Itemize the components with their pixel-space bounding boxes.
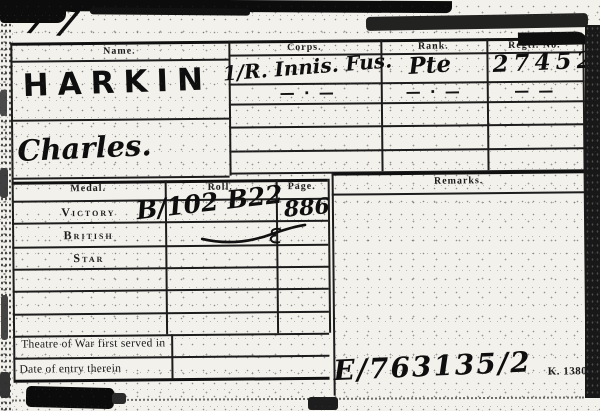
grid-line: [13, 311, 329, 316]
remarks-header: Remarks.: [332, 174, 586, 187]
forename-value: Charles.: [17, 131, 152, 166]
date-of-entry-label: Date of entry therein: [19, 363, 121, 376]
name-column-header: Name.: [10, 45, 228, 58]
page-value: 886: [283, 195, 331, 221]
corps-ditto-mark: — · —: [241, 83, 375, 102]
regtl-no-ditto-mark: — —: [491, 81, 579, 100]
grid-line: [229, 147, 585, 152]
card-body: Name. Corps. Rank. Regtl. No. HARKIN Cha…: [10, 37, 587, 398]
scan-artifact-blob: [1, 295, 8, 340]
ditto-swoosh-mark: [198, 218, 310, 247]
grid-line: [171, 334, 173, 379]
medal-index-card-scan: Name. Corps. Rank. Regtl. No. HARKIN Cha…: [0, 0, 600, 411]
reference-number: E/763135/2: [333, 348, 532, 385]
rank-ditto-mark: — · —: [387, 82, 481, 101]
grid-line: [13, 288, 329, 293]
medal-row-star: Star: [12, 250, 165, 266]
rank-column-header: Rank.: [380, 40, 486, 52]
grid-line: [229, 123, 585, 128]
scan-artifact-blob: [0, 90, 7, 116]
scan-artifact-smudge: [366, 13, 588, 31]
medal-column-header: Medal.: [12, 182, 165, 194]
scan-artifact-left-edge: [0, 22, 13, 411]
scan-artifact-right-edge: [585, 25, 600, 398]
grid-line: [486, 38, 489, 170]
regtl-no-value: 27452: [492, 48, 598, 76]
scan-artifact-bottom-blob: [112, 393, 126, 404]
grid-line: [332, 191, 586, 195]
scan-artifact-top-band: [0, 0, 66, 23]
scan-artifact-bottom-blob: [26, 386, 115, 409]
rank-value: Pte: [408, 52, 452, 78]
scan-artifact-blob: [0, 168, 8, 198]
scan-artifact-blob: [0, 372, 10, 398]
theatre-of-war-label: Theatre of War first served in: [21, 337, 165, 350]
grid-line: [11, 118, 229, 122]
scan-artifact-top-band: [90, 7, 250, 15]
medal-row-british: British: [12, 227, 165, 243]
surname-value: HARKIN: [22, 64, 212, 102]
grid-line: [12, 266, 328, 271]
scan-artifact-bottom-blob: [308, 397, 338, 410]
scan-artifact-card-corner: [518, 31, 588, 45]
page-column-header: Page.: [276, 181, 328, 192]
